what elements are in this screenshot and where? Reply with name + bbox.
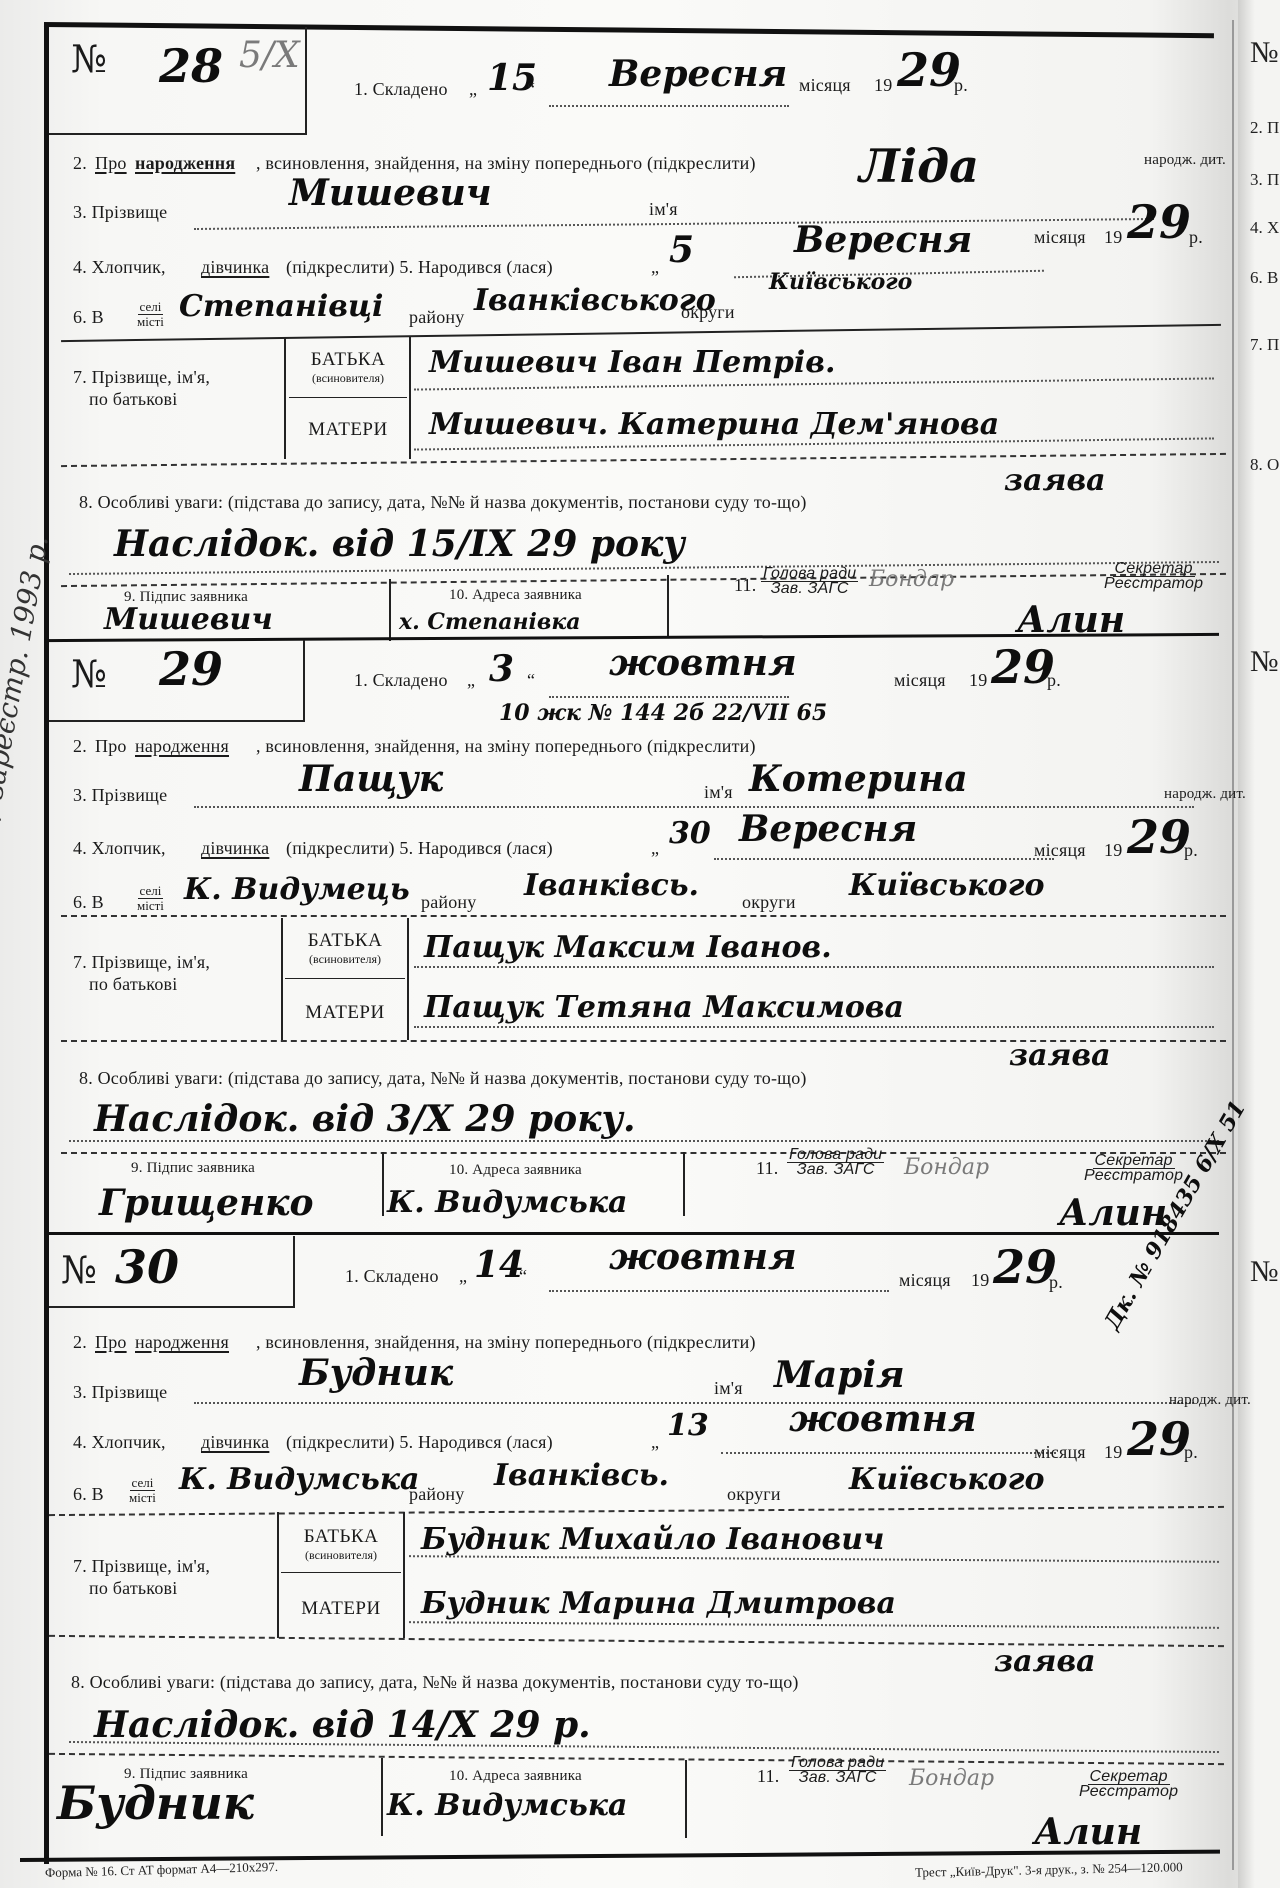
compiled-year: 29 [991, 640, 1055, 694]
label-parents: 7. Прізвище, ім'я, [73, 1556, 210, 1577]
label-birth-child: народж. дит. [1144, 152, 1226, 169]
label-official-num: 11. [757, 1766, 779, 1787]
birth-day: 5 [669, 229, 694, 271]
label-compiled: 1. Складено [345, 1266, 439, 1287]
record-number: 30 [115, 1240, 179, 1294]
quote-mark: “ [519, 1266, 527, 1287]
village-value: К. Видумець [184, 872, 410, 907]
label-born: (підкреслити) 5. Народився (лася) [286, 838, 553, 859]
label-sex: 4. Хлопчик, [73, 838, 166, 859]
record-number-box: № 29 [49, 640, 305, 722]
adjacent-page-label: № [1250, 645, 1279, 679]
village-value: Степанівці [179, 289, 383, 324]
column-divider [281, 918, 283, 1040]
column-divider [685, 1760, 687, 1838]
section-divider [61, 324, 1221, 342]
label-month: місяця [1034, 227, 1086, 248]
frame-border-right [1232, 20, 1234, 1870]
village-city-fraction: селі місті [137, 300, 164, 329]
head-title-fraction: Голова ради Зав. ЗАГС [789, 1756, 886, 1785]
label-pro: Про [95, 153, 127, 174]
label-applicant-signature: 9. Підпис заявника [131, 1160, 255, 1177]
label-surname: 3. Прізвище [73, 785, 167, 806]
birth-month: Вересня [794, 219, 972, 261]
registrar-title-fraction: Секретар Реєстратор [1079, 1770, 1178, 1799]
form-footer-left: Форма № 16. Ст AT формат A4—210x297. [45, 1859, 278, 1881]
field-line [721, 1452, 1056, 1454]
label-surname: 3. Прізвище [73, 1382, 167, 1403]
year-prefix: 19 [969, 670, 987, 691]
mother-label: МАТЕРИ [281, 1598, 401, 1620]
label-district: району [409, 1484, 464, 1505]
father-label: БАТЬКА (всиновителя) [281, 1526, 401, 1563]
applicant-address-value: К. Видумська [387, 1788, 627, 1823]
adjacent-page-label: 4. Х [1250, 218, 1279, 238]
compiled-year: 29 [897, 43, 961, 97]
label-birth-child: народж. дит. [1169, 1392, 1251, 1409]
label-place: 6. В [73, 892, 104, 913]
label-remarks: 8. Особливі уваги: (підстава до запису, … [71, 1672, 799, 1693]
record-separator [44, 1232, 1219, 1235]
record-number-box: № 30 [49, 1236, 295, 1308]
given-name-value: Ліда [859, 139, 979, 193]
label-line2-prefix: 2. [73, 1332, 87, 1353]
compiled-month: Вересня [609, 53, 787, 95]
adjacent-page-label: № [1250, 36, 1279, 70]
father-value: Мишевич Іван Петрів. [429, 345, 835, 380]
label-month: місяця [1034, 1442, 1086, 1463]
label-month: місяця [799, 75, 851, 96]
label-parents-2: по батькові [89, 389, 177, 410]
record-29: № 29 1. Складено „ 3 “ жовтня місяця 19 … [49, 640, 1232, 1240]
label-okrug: округи [742, 892, 796, 913]
label-girl-underlined: дівчинка [201, 838, 269, 859]
field-line [414, 1026, 1214, 1028]
mother-label: МАТЕРИ [285, 1002, 405, 1024]
adjacent-page-label: № [1250, 1255, 1279, 1289]
label-applicant-address: 10. Адреса заявника [449, 1768, 582, 1785]
year-suffix: р. [1189, 227, 1203, 248]
record-30: № 30 1. Складено „ 14 “ жовтня місяця 19… [49, 1236, 1232, 1856]
registrar-signature: Алин [1059, 1192, 1167, 1234]
label-birth-underlined: народження [135, 1332, 229, 1353]
quote-mark: “ [527, 670, 535, 691]
district-value: Іванківсь. [524, 868, 699, 903]
birth-day: 13 [667, 1408, 709, 1443]
label-place: 6. В [73, 307, 104, 328]
head-signature: Бондар [909, 1766, 994, 1791]
head-title-fraction: Голова ради Зав. ЗАГС [787, 1148, 884, 1177]
quote-mark: „ [467, 670, 475, 691]
section-divider [49, 1753, 1224, 1765]
remarks-value-1: заява [1009, 1038, 1111, 1073]
compiled-year: 29 [993, 1240, 1057, 1294]
compiled-month: жовтня [609, 642, 797, 684]
year-suffix: р. [1184, 840, 1198, 861]
label-head-zags: Зав. ЗАГС [771, 582, 849, 596]
registrar-signature: Алин [1034, 1811, 1142, 1853]
label-line2-prefix: 2. [73, 153, 87, 174]
field-line [194, 1402, 1194, 1404]
label-city: місті [137, 315, 164, 329]
mother-value: Будник Марина Дмитрова [421, 1586, 896, 1621]
form-footer-right: Трест „Київ-Друк". 3-я друк., з. № 254—1… [915, 1859, 1183, 1881]
label-father: БАТЬКА [285, 930, 405, 952]
label-head-zags: Зав. ЗАГС [799, 1771, 877, 1785]
applicant-address-value: х. Степанівка [399, 609, 580, 635]
label-village: селі [130, 1476, 156, 1491]
registry-annotation: 10 жк № 144 2б 22/VII 65 [499, 700, 827, 726]
label-pro: Про [95, 736, 127, 757]
section-divider [49, 1506, 1224, 1516]
label-parents-2: по батькові [89, 1578, 177, 1599]
mother-value: Мишевич. Катерина Дем'янова [429, 407, 999, 442]
label-registrar: Реєстратор [1084, 1169, 1183, 1183]
birth-day: 30 [669, 816, 711, 851]
column-divider [389, 579, 391, 641]
year-prefix: 19 [1104, 1442, 1122, 1463]
okrug-value: Київського [849, 868, 1044, 903]
number-sign: № [71, 37, 107, 81]
label-district: району [421, 892, 476, 913]
adjacent-page-label: 7. П [1250, 335, 1279, 355]
column-divider [683, 1152, 685, 1216]
given-name-value: Марія [774, 1354, 905, 1396]
mother-value: Пащук Тетяна Максимова [424, 990, 904, 1025]
year-prefix: 19 [1104, 840, 1122, 861]
adjacent-page-label: 2. П [1250, 118, 1279, 138]
label-birth-underlined: народження [135, 736, 229, 757]
father-value: Пащук Максим Іванов. [424, 930, 832, 965]
remarks-value-1: заява [1004, 463, 1106, 498]
column-divider [284, 337, 286, 459]
pencil-mark: 5/X [239, 35, 300, 76]
birth-year: 29 [1127, 195, 1191, 249]
mother-label: МАТЕРИ [289, 419, 407, 441]
adjacent-page-label: 8. О [1250, 455, 1279, 475]
field-line [69, 1741, 1219, 1753]
label-father-sub: (всиновителя) [289, 371, 407, 386]
year-suffix: р. [954, 75, 968, 96]
remarks-value-2: Наслідок. від 14/X 29 р. [94, 1704, 591, 1746]
birth-month: Вересня [739, 808, 917, 850]
birth-year: 29 [1127, 1412, 1191, 1466]
quote-mark: „ [651, 1432, 659, 1453]
village-city-fraction: селі місті [137, 884, 164, 913]
label-name: ім'я [704, 782, 733, 803]
label-mother: МАТЕРИ [289, 419, 407, 441]
label-registrar: Реєстратор [1079, 1785, 1178, 1799]
remarks-value-1: заява [994, 1644, 1096, 1679]
district-value: Іванківського [474, 283, 716, 318]
label-applicant-address: 10. Адреса заявника [449, 1162, 582, 1179]
column-divider [381, 1758, 383, 1836]
label-sex: 4. Хлопчик, [73, 1432, 166, 1453]
label-girl-underlined: дівчинка [201, 1432, 269, 1453]
label-surname: 3. Прізвище [73, 202, 167, 223]
label-pro: Про [95, 1332, 127, 1353]
head-signature: Бондар [869, 567, 954, 592]
remarks-value-2: Наслідок. від 3/X 29 року. [94, 1098, 636, 1140]
column-divider [382, 1152, 384, 1216]
applicant-signature-value: Мишевич [104, 602, 273, 637]
column-divider [667, 575, 669, 637]
year-suffix: р. [1184, 1442, 1198, 1463]
label-registrar: Реєстратор [1104, 577, 1203, 591]
label-official-num: 11. [756, 1158, 778, 1179]
divider [289, 397, 407, 398]
year-prefix: 19 [874, 75, 892, 96]
father-label: БАТЬКА (всиновителя) [285, 930, 405, 967]
head-signature: Бондар [904, 1155, 989, 1180]
divider [285, 978, 405, 979]
label-city: місті [129, 1491, 156, 1505]
surname-value: Мишевич [289, 172, 492, 214]
label-city: місті [137, 899, 164, 913]
registrar-title-fraction: Секретар Реєстратор [1104, 562, 1203, 591]
applicant-address-value: К. Видумська [387, 1185, 627, 1220]
year-suffix: р. [1049, 1272, 1063, 1293]
village-value: К. Видумська [179, 1462, 419, 1497]
label-place: 6. В [73, 1484, 104, 1505]
okrug-value: Київського [849, 1462, 1044, 1497]
record-28: № 28 5/X 1. Складено „ 15 “ Вересня міся… [49, 27, 1232, 637]
field-line [549, 696, 789, 698]
scanned-registry-page: № 2. П 3. П 4. Х 6. В 7. П 8. О № № № 28… [0, 0, 1280, 1888]
compiled-month: жовтня [609, 1236, 797, 1278]
label-born: (підкреслити) 5. Народився (лася) [286, 257, 553, 278]
compiled-day: 14 [474, 1244, 524, 1286]
field-line [69, 1140, 1219, 1142]
label-official-num: 11. [734, 575, 756, 596]
year-suffix: р. [1047, 670, 1061, 691]
birth-month: жовтня [789, 1398, 977, 1440]
section-divider [61, 915, 1226, 917]
father-label: БАТЬКА (всиновителя) [289, 349, 407, 386]
village-city-fraction: селі місті [129, 1476, 156, 1505]
column-divider [409, 337, 411, 459]
surname-value: Будник [299, 1352, 453, 1394]
field-line [549, 105, 789, 107]
label-girl-underlined: дівчинка [201, 257, 269, 278]
label-okrug: округи [727, 1484, 781, 1505]
label-birth-child: народж. дит. [1164, 786, 1246, 803]
field-line [414, 966, 1214, 968]
label-okrug: округи [681, 302, 735, 323]
label-line2-rest: , всиновлення, знайдення, на зміну попер… [256, 736, 756, 757]
compiled-day: 3 [489, 648, 514, 690]
label-district: району [409, 307, 464, 328]
given-name-value: Котерина [749, 758, 968, 800]
label-month: місяця [899, 1270, 951, 1291]
label-line2-rest: , всиновлення, знайдення, на зміну попер… [256, 153, 756, 174]
section-divider [61, 1152, 1226, 1154]
field-line [549, 1290, 889, 1292]
applicant-signature-value: Грищенко [99, 1182, 314, 1224]
label-parents: 7. Прізвище, ім'я, [73, 367, 210, 388]
column-divider [277, 1512, 279, 1638]
label-name: ім'я [714, 1378, 743, 1399]
label-birth-underlined: народження [135, 153, 235, 174]
label-remarks: 8. Особливі уваги: (підстава до запису, … [79, 1068, 807, 1089]
label-month: місяця [894, 670, 946, 691]
label-father: БАТЬКА [289, 349, 407, 371]
label-father-sub: (всиновителя) [285, 952, 405, 967]
father-value: Будник Михайло Іванович [421, 1522, 884, 1557]
label-parents: 7. Прізвище, ім'я, [73, 952, 210, 973]
quote-mark: „ [459, 1266, 467, 1287]
column-divider [407, 918, 409, 1040]
number-sign: № [61, 1248, 97, 1292]
remarks-value-2: Наслідок. від 15/IX 29 року [114, 523, 685, 565]
label-parents-2: по батькові [89, 974, 177, 995]
quote-mark: „ [469, 79, 477, 100]
label-village: селі [138, 300, 164, 315]
label-born: (підкреслити) 5. Народився (лася) [286, 1432, 553, 1453]
label-compiled: 1. Складено [354, 79, 448, 100]
field-line [714, 858, 1054, 860]
okrug-value: Київського [769, 269, 912, 295]
adjacent-page-label: 6. В [1250, 268, 1278, 288]
label-applicant-address: 10. Адреса заявника [449, 587, 582, 604]
field-line [194, 806, 1194, 808]
label-father-sub: (всиновителя) [281, 1548, 401, 1563]
column-divider [403, 1512, 405, 1638]
label-remarks: 8. Особливі уваги: (підстава до запису, … [79, 492, 807, 513]
record-number: 29 [159, 642, 223, 696]
birth-year: 29 [1127, 810, 1191, 864]
section-divider [61, 573, 1226, 587]
registrar-title-fraction: Секретар Реєстратор [1084, 1154, 1183, 1183]
label-father: БАТЬКА [281, 1526, 401, 1548]
label-compiled: 1. Складено [354, 670, 448, 691]
surname-value: Пащук [299, 758, 443, 800]
number-sign: № [71, 652, 107, 696]
quote-mark: „ [651, 257, 659, 278]
quote-mark: „ [651, 838, 659, 859]
applicant-signature-value: Будник [57, 1776, 254, 1830]
head-title-fraction: Голова ради Зав. ЗАГС [761, 567, 858, 596]
district-value: Іванківсь. [494, 1458, 669, 1493]
label-month: місяця [1034, 840, 1086, 861]
record-number: 28 [159, 39, 223, 93]
year-prefix: 19 [1104, 227, 1122, 248]
label-head-zags: Зав. ЗАГС [797, 1163, 875, 1177]
label-village: селі [138, 884, 164, 899]
record-number-box: № 28 5/X [49, 27, 307, 135]
label-name: ім'я [649, 199, 678, 220]
label-sex: 4. Хлопчик, [73, 257, 166, 278]
divider [281, 1572, 401, 1573]
field-line [409, 1621, 1219, 1629]
adjacent-page-label: 3. П [1250, 170, 1279, 190]
label-mother: МАТЕРИ [281, 1598, 401, 1620]
label-line2-prefix: 2. [73, 736, 87, 757]
year-prefix: 19 [971, 1270, 989, 1291]
label-mother: МАТЕРИ [285, 1002, 405, 1024]
quote-mark: “ [527, 79, 535, 100]
label-line2-rest: , всиновлення, знайдення, на зміну попер… [256, 1332, 756, 1353]
